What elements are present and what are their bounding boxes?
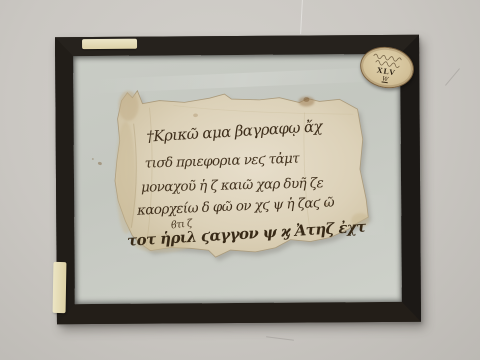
ivory-tape-left bbox=[53, 262, 67, 313]
surface-fiber bbox=[266, 336, 294, 340]
ivory-tape-top bbox=[82, 39, 137, 49]
surface-fiber bbox=[445, 68, 460, 85]
fragment-stain bbox=[303, 97, 309, 102]
surface-scratch bbox=[300, 0, 303, 34]
glass-pane: †Κρικῶ αμα βαγραφῳ ἄχ τισδ πριεφορια νεϛ… bbox=[73, 54, 402, 304]
photo-surface: †Κρικῶ αμα βαγραφῳ ἄχ τισδ πριεφορια νεϛ… bbox=[0, 0, 480, 360]
fragment-foxing bbox=[193, 113, 198, 117]
label-mark: W bbox=[382, 75, 389, 83]
manuscript-fragment: †Κρικῶ αμα βαγραφῳ ἄχ τισδ πριεφορια νεϛ… bbox=[73, 54, 402, 304]
